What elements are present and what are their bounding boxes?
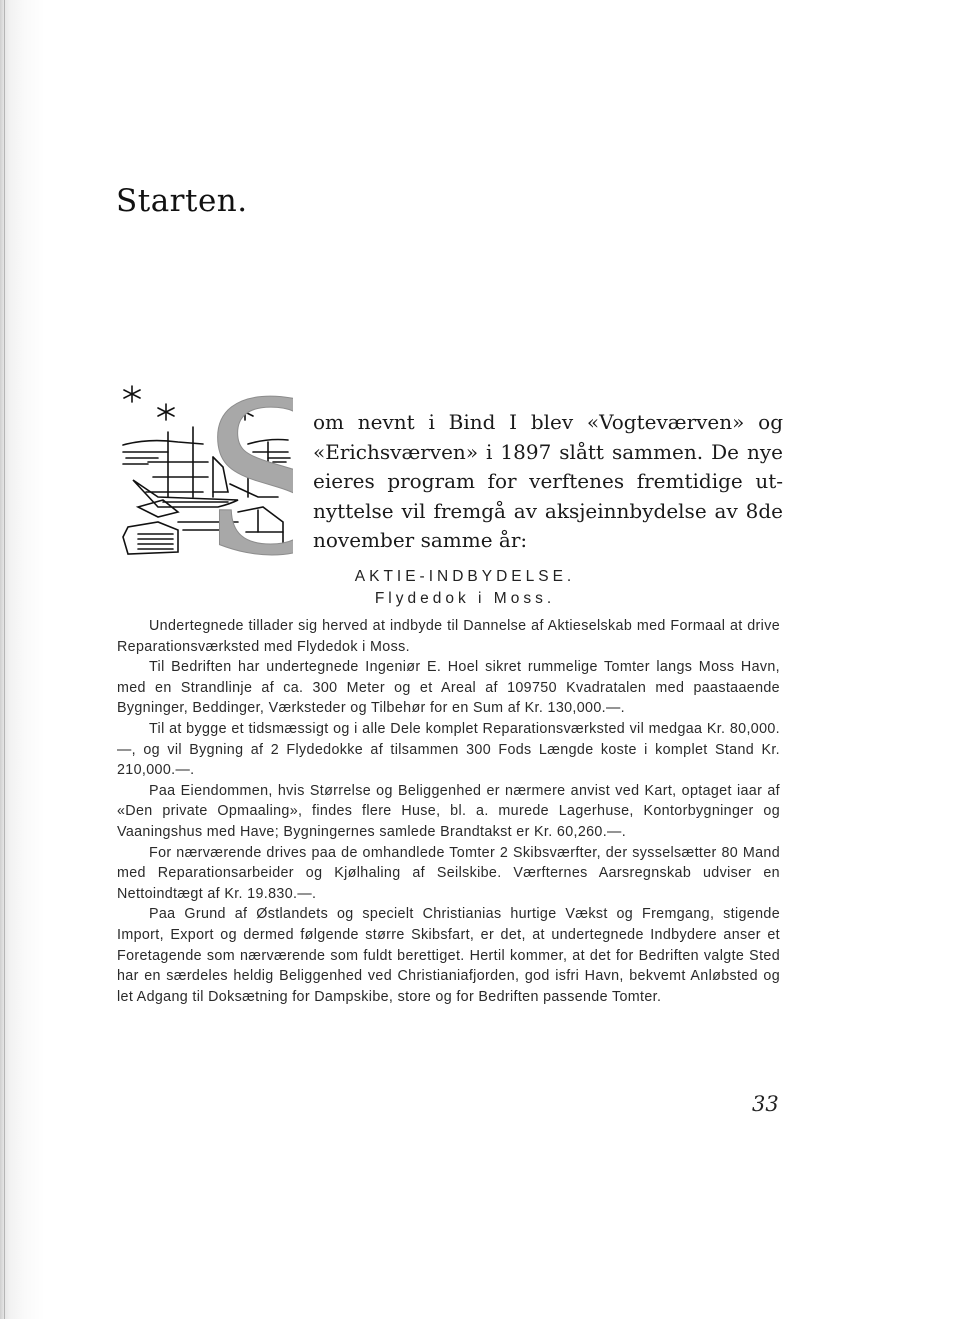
intro-line: om nevnt i Bind I blev «Vogteværven» og [313,408,783,438]
dropcap-illustration: S [118,372,293,562]
notice-body: Undertegnede tillader sig herved at indb… [117,616,780,1007]
intro-line: november samme år: [313,526,783,556]
harbor-ships-illustration-icon: S [118,372,293,562]
page-binding-gutter [0,0,45,1319]
notice-paragraph: Paa Grund af Østlandets og specielt Chri… [117,904,780,1007]
intro-line: «Erichsværven» i 1897 slått sammen. De n… [313,438,783,468]
notice-paragraph: Til at bygge et tidsmæssigt og i alle De… [117,719,780,781]
notice-title: AKTIE-INDBYDELSE. [140,568,790,586]
star-icon [124,386,140,402]
notice-paragraph: For nærværende drives paa de omhandlede … [117,843,780,905]
chapter-title: Starten. [116,183,248,219]
binding-edge [4,0,5,1319]
notice-paragraph: Til Bedriften har undertegnede Ingeniør … [117,657,780,719]
notice-paragraph: Paa Eiendommen, hvis Størrelse og Beligg… [117,781,780,843]
star-icon [158,404,174,420]
intro-paragraph: om nevnt i Bind I blev «Vogteværven» og … [313,408,783,556]
intro-line: nyttelse vil fremgå av aksjeinnbydelse a… [313,497,783,527]
notice-subtitle: Flydedok i Moss. [140,590,790,608]
page-number: 33 [752,1092,779,1116]
intro-line: eieres program for verftenes fremtidige … [313,467,783,497]
notice-paragraph: Undertegnede tillader sig herved at indb… [117,616,780,657]
dropcap-letter: S [200,372,293,562]
